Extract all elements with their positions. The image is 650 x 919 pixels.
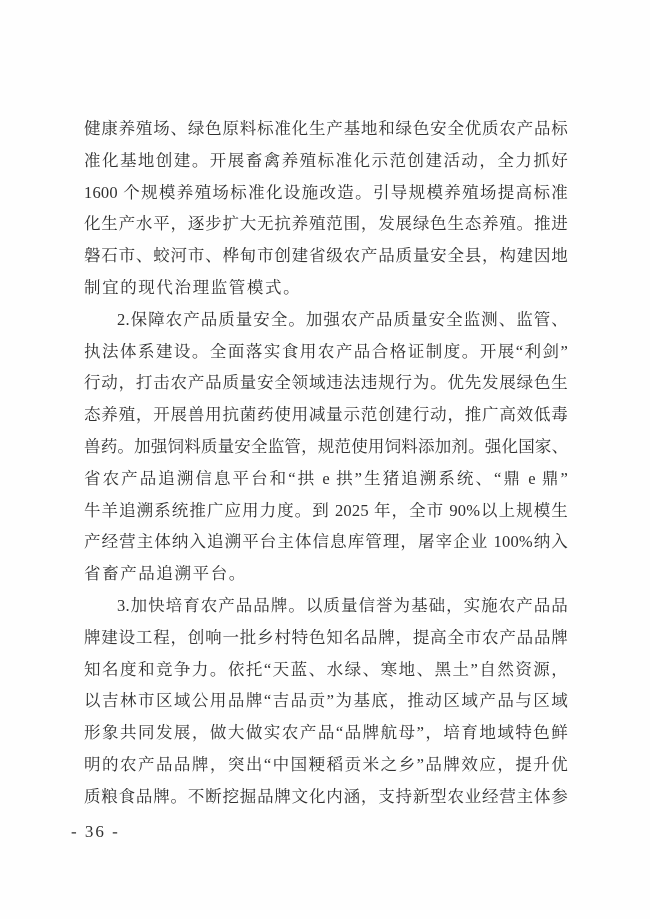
text-line: 健康养殖场、绿色原料标准化生产基地和绿色安全优质农产品标 [84, 113, 568, 145]
text-line: 执法体系建设。全面落实食用农产品合格证制度。开展“利剑” [84, 336, 568, 368]
text-line: 制宜的现代治理监管模式。 [84, 272, 568, 304]
text-line: 态养殖，开展兽用抗菌药使用减量示范创建行动，推广高效低毒 [84, 399, 568, 431]
text-line: 1600 个规模养殖场标准化设施改造。引导规模养殖场提高标准 [84, 177, 568, 209]
text-line: 磐石市、蛟河市、桦甸市创建省级农产品质量安全县，构建因地 [84, 240, 568, 272]
text-line: 化生产水平，逐步扩大无抗养殖范围，发展绿色生态养殖。推进 [84, 208, 568, 240]
text-line: 产经营主体纳入追溯平台主体信息库管理，屠宰企业 100%纳入 [84, 526, 568, 558]
text-line: 以吉林市区域公用品牌“吉品贡”为基底，推动区域产品与区域 [84, 685, 568, 717]
text-line: 省农产品追溯信息平台和“拱 e 拱”生猪追溯系统、“鼎 e 鼎” [84, 463, 568, 495]
text-line: 牛羊追溯系统推广应用力度。到 2025 年，全市 90%以上规模生 [84, 495, 568, 527]
text-line: 省畜产品追溯平台。 [84, 558, 568, 590]
text-line: 3.加快培育农产品品牌。以质量信誉为基础，实施农产品品 [84, 590, 568, 622]
text-line: 兽药。加强饲料质量安全监管，规范使用饲料添加剂。强化国家、 [84, 431, 568, 463]
text-line: 形象共同发展，做大做实农产品“品牌航母”，培育地域特色鲜 [84, 717, 568, 749]
text-line: 行动，打击农产品质量安全领域违法违规行为。优先发展绿色生 [84, 367, 568, 399]
text-line: 准化基地创建。开展畜禽养殖标准化示范创建活动，全力抓好 [84, 145, 568, 177]
text-line: 质粮食品牌。不断挖掘品牌文化内涵，支持新型农业经营主体参 [84, 781, 568, 813]
text-line: 2.保障农产品质量安全。加强农产品质量安全监测、监管、 [84, 304, 568, 336]
text-line: 牌建设工程，创响一批乡村特色知名品牌，提高全市农产品品牌 [84, 622, 568, 654]
text-line: 知名度和竞争力。依托“天蓝、水绿、寒地、黑土”自然资源， [84, 654, 568, 686]
document-body: 健康养殖场、绿色原料标准化生产基地和绿色安全优质农产品标 准化基地创建。开展畜禽… [84, 113, 568, 813]
page-number: - 36 - [71, 820, 120, 844]
document-page: 健康养殖场、绿色原料标准化生产基地和绿色安全优质农产品标 准化基地创建。开展畜禽… [0, 0, 650, 919]
text-line: 明的农产品品牌，突出“中国粳稻贡米之乡”品牌效应，提升优 [84, 749, 568, 781]
